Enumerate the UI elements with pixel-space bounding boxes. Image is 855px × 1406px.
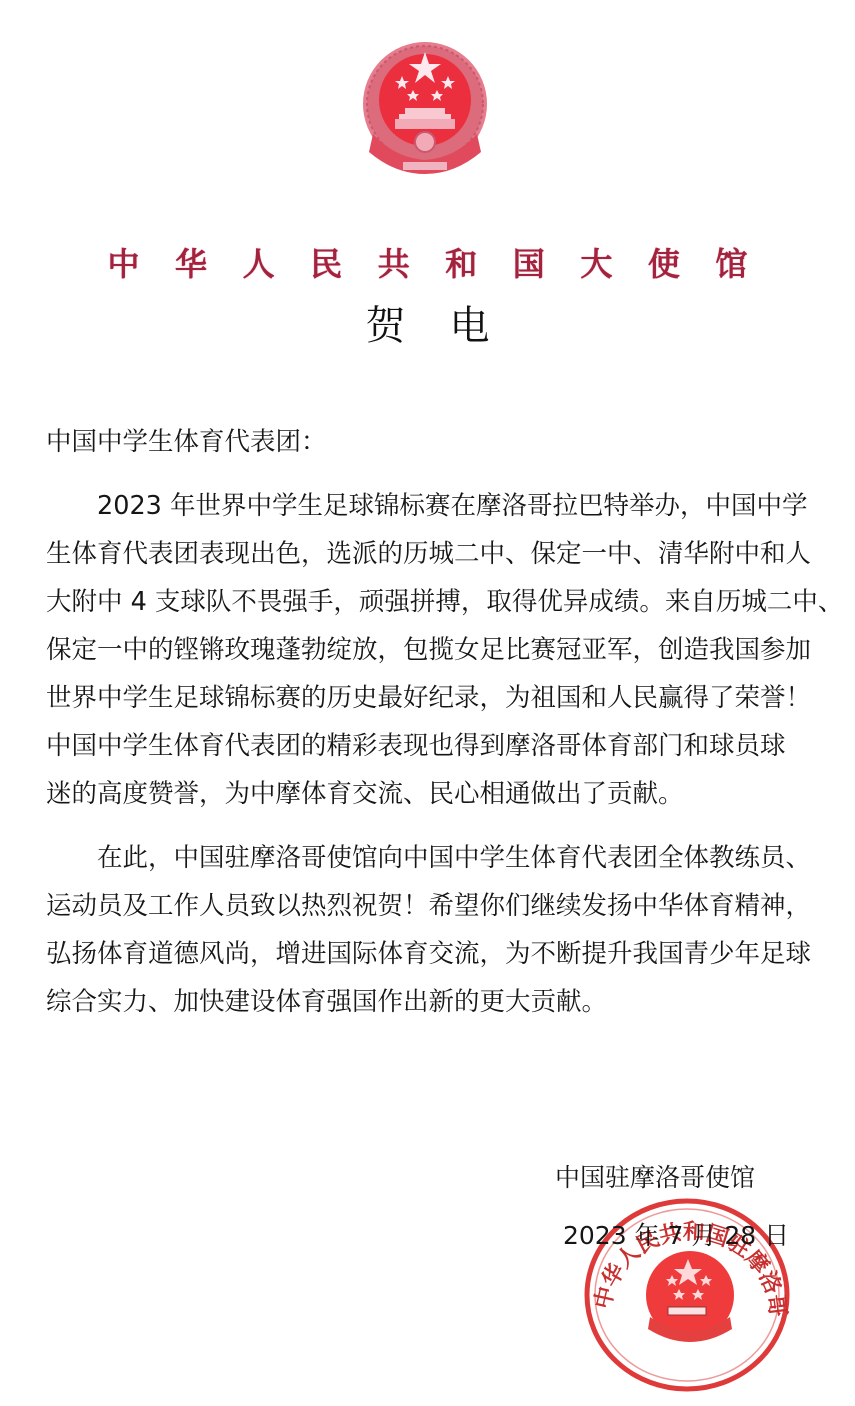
paragraph-2: 在此，中国驻摩洛哥使馆向中国中学生体育代表团全体教练员、 运动员及工作人员致以热…	[46, 834, 816, 1026]
national-emblem-icon	[355, 38, 495, 178]
paragraph-line: 综合实力、加快建设体育强国作出新的更大贡献。	[46, 978, 816, 1026]
issuer-title-char: 中	[108, 240, 140, 288]
document-title: 贺电	[0, 298, 855, 354]
letter-body: 中国中学生体育代表团： 2023 年世界中学生足球锦标赛在摩洛哥拉巴特举办，中国…	[46, 418, 816, 1042]
issuer-title-char: 华	[175, 240, 207, 288]
paragraph-line: 大附中 4 支球队不畏强手，顽强拼搏，取得优异成绩。来自历城二中、	[46, 578, 816, 626]
issuer-title-char: 人	[243, 240, 275, 288]
paragraph-line: 2023 年世界中学生足球锦标赛在摩洛哥拉巴特举办，中国中学	[46, 482, 816, 530]
paragraph-line: 生体育代表团表现出色，选派的历城二中、保定一中、清华附中和人	[46, 530, 816, 578]
signature-date: 2023 年 7 月 28 日	[563, 1218, 789, 1254]
salutation: 中国中学生体育代表团：	[46, 418, 816, 466]
paragraph-line: 中国中学生体育代表团的精彩表现也得到摩洛哥体育部门和球员球	[46, 722, 816, 770]
issuer-title-char: 国	[513, 240, 545, 288]
paragraph-line: 运动员及工作人员致以热烈祝贺！希望你们继续发扬中华体育精神，	[46, 882, 816, 930]
paragraph-1: 2023 年世界中学生足球锦标赛在摩洛哥拉巴特举办，中国中学 生体育代表团表现出…	[46, 482, 816, 818]
issuer-title-char: 大	[580, 240, 612, 288]
issuer-title-char: 使	[648, 240, 680, 288]
paragraph-line: 弘扬体育道德风尚，增进国际体育交流，为不断提升我国青少年足球	[46, 930, 816, 978]
issuer-title-char: 共	[378, 240, 410, 288]
paragraph-line: 在此，中国驻摩洛哥使馆向中国中学生体育代表团全体教练员、	[46, 834, 816, 882]
paragraph-line: 世界中学生足球锦标赛的历史最好纪录，为祖国和人民赢得了荣誉！	[46, 674, 816, 722]
signature: 中国驻摩洛哥使馆	[555, 1160, 755, 1196]
issuer-title-char: 馆	[715, 240, 747, 288]
paragraph-line: 迷的高度赞誉，为中摩体育交流、民心相通做出了贡献。	[46, 770, 816, 818]
issuer-title-char: 民	[310, 240, 342, 288]
issuer-title-char: 和	[445, 240, 477, 288]
paragraph-line: 保定一中的铿锵玫瑰蓬勃绽放，包揽女足比赛冠亚军，创造我国参加	[46, 626, 816, 674]
issuer-title: 中 华 人 民 共 和 国 大 使 馆	[0, 240, 855, 288]
